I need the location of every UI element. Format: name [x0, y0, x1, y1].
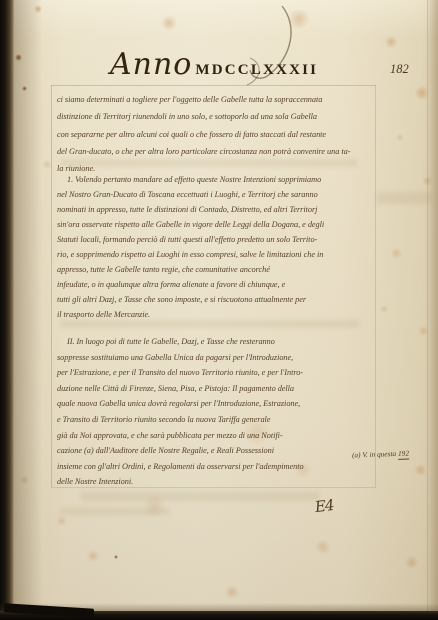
manuscript-line: distinzione di Territorj riunendoli in u… [57, 108, 375, 125]
stain [396, 134, 404, 141]
manuscript-photo: Anno MDCCLXXXII 182 ci siamo determinati… [0, 0, 438, 620]
stain [414, 464, 427, 476]
manuscript-line: appresso, tutte le Gabelle tanto regie, … [57, 262, 375, 277]
manuscript-line: Statuti locali, formando perciò di tutti… [57, 232, 375, 247]
stain [390, 248, 403, 259]
manuscript-line: nel Nostro Gran-Ducato di Toscana eccett… [57, 187, 375, 202]
manuscript-line: rio, e sopprimendo rispetto ai Luoghi in… [57, 247, 375, 262]
page-edge-line [427, 0, 428, 620]
stain [384, 36, 398, 48]
stain [286, 10, 312, 28]
year-roman-numeral: MDCCLXXXII [195, 62, 318, 79]
stain [404, 556, 419, 569]
manuscript-line: nominati in appresso, tutte le distinzio… [57, 202, 375, 217]
anno-label: Anno [110, 48, 192, 82]
manuscript-line: delle Nostre Intenzioni. [57, 474, 375, 490]
stain [380, 305, 388, 313]
opening-paragraph: ci siamo determinati a togliere per l'og… [57, 91, 375, 177]
manuscript-line: e Transito di Territorio riunito secondo… [57, 412, 375, 428]
manuscript-line: già da Noi approvata, e che sarà pubblic… [57, 428, 375, 444]
bleed-through [376, 192, 432, 204]
manuscript-line: 1. Volendo pertanto mandare ad effetto q… [57, 172, 375, 187]
manuscript-line: soppresse sostituiamo una Gabella Unica … [57, 350, 375, 366]
manuscript-line: insieme con gl'altri Ordini, e Regolamen… [57, 459, 375, 475]
frame-rule-right [375, 85, 376, 487]
stain [86, 550, 100, 562]
stain [224, 586, 240, 598]
stain [114, 555, 118, 559]
manuscript-line: infeudate, o in qualunque altra forma al… [57, 277, 375, 292]
article-2-paragraph: II. In luogo poi di tutte le Gabelle, Da… [57, 334, 375, 490]
book-gutter [0, 0, 14, 620]
page-header: Anno MDCCLXXXII [110, 48, 318, 82]
stain [56, 516, 67, 526]
manuscript-line: quale nuova Gabella unica dovrà regolars… [57, 396, 375, 412]
page-edge-right [427, 0, 438, 620]
stain [160, 16, 178, 30]
margin-note-page-ref: 192 [398, 448, 409, 459]
frame-rule-left [51, 85, 52, 487]
manuscript-line: il trasporto delle Mercanzie. [57, 307, 375, 322]
gathering-mark: E4 [314, 496, 335, 516]
manuscript-line: del Gran-ducato, o che per altra loro pa… [57, 143, 375, 160]
manuscript-line: sin'ora osservate rispetto alle Gabelle … [57, 217, 375, 232]
margin-note-text: (a) V. in questa [352, 449, 396, 460]
bleed-through [60, 508, 170, 515]
bleed-through [80, 492, 320, 501]
article-1-paragraph: 1. Volendo pertanto mandare ad effetto q… [57, 172, 375, 322]
stain [314, 540, 332, 554]
manuscript-line: cazione (a) dall'Auditore delle Nostre R… [57, 443, 375, 459]
manuscript-line: per l'Estrazione, e per il Transito del … [57, 365, 375, 381]
manuscript-line: con separarne per altro alcuni coi quali… [57, 126, 375, 143]
manuscript-line: duzione nelle Città di Firenze, Siena, P… [57, 381, 375, 397]
gutter-shadow [14, 0, 42, 620]
manuscript-line: ci siamo determinati a togliere per l'og… [57, 91, 375, 108]
frame-rule-top [51, 85, 376, 86]
manuscript-line: tutti gli altri Dazj, e Tasse che sono i… [57, 292, 375, 307]
folio-number: 182 [390, 62, 409, 77]
manuscript-line: II. In luogo poi di tutte le Gabelle, Da… [57, 334, 375, 350]
